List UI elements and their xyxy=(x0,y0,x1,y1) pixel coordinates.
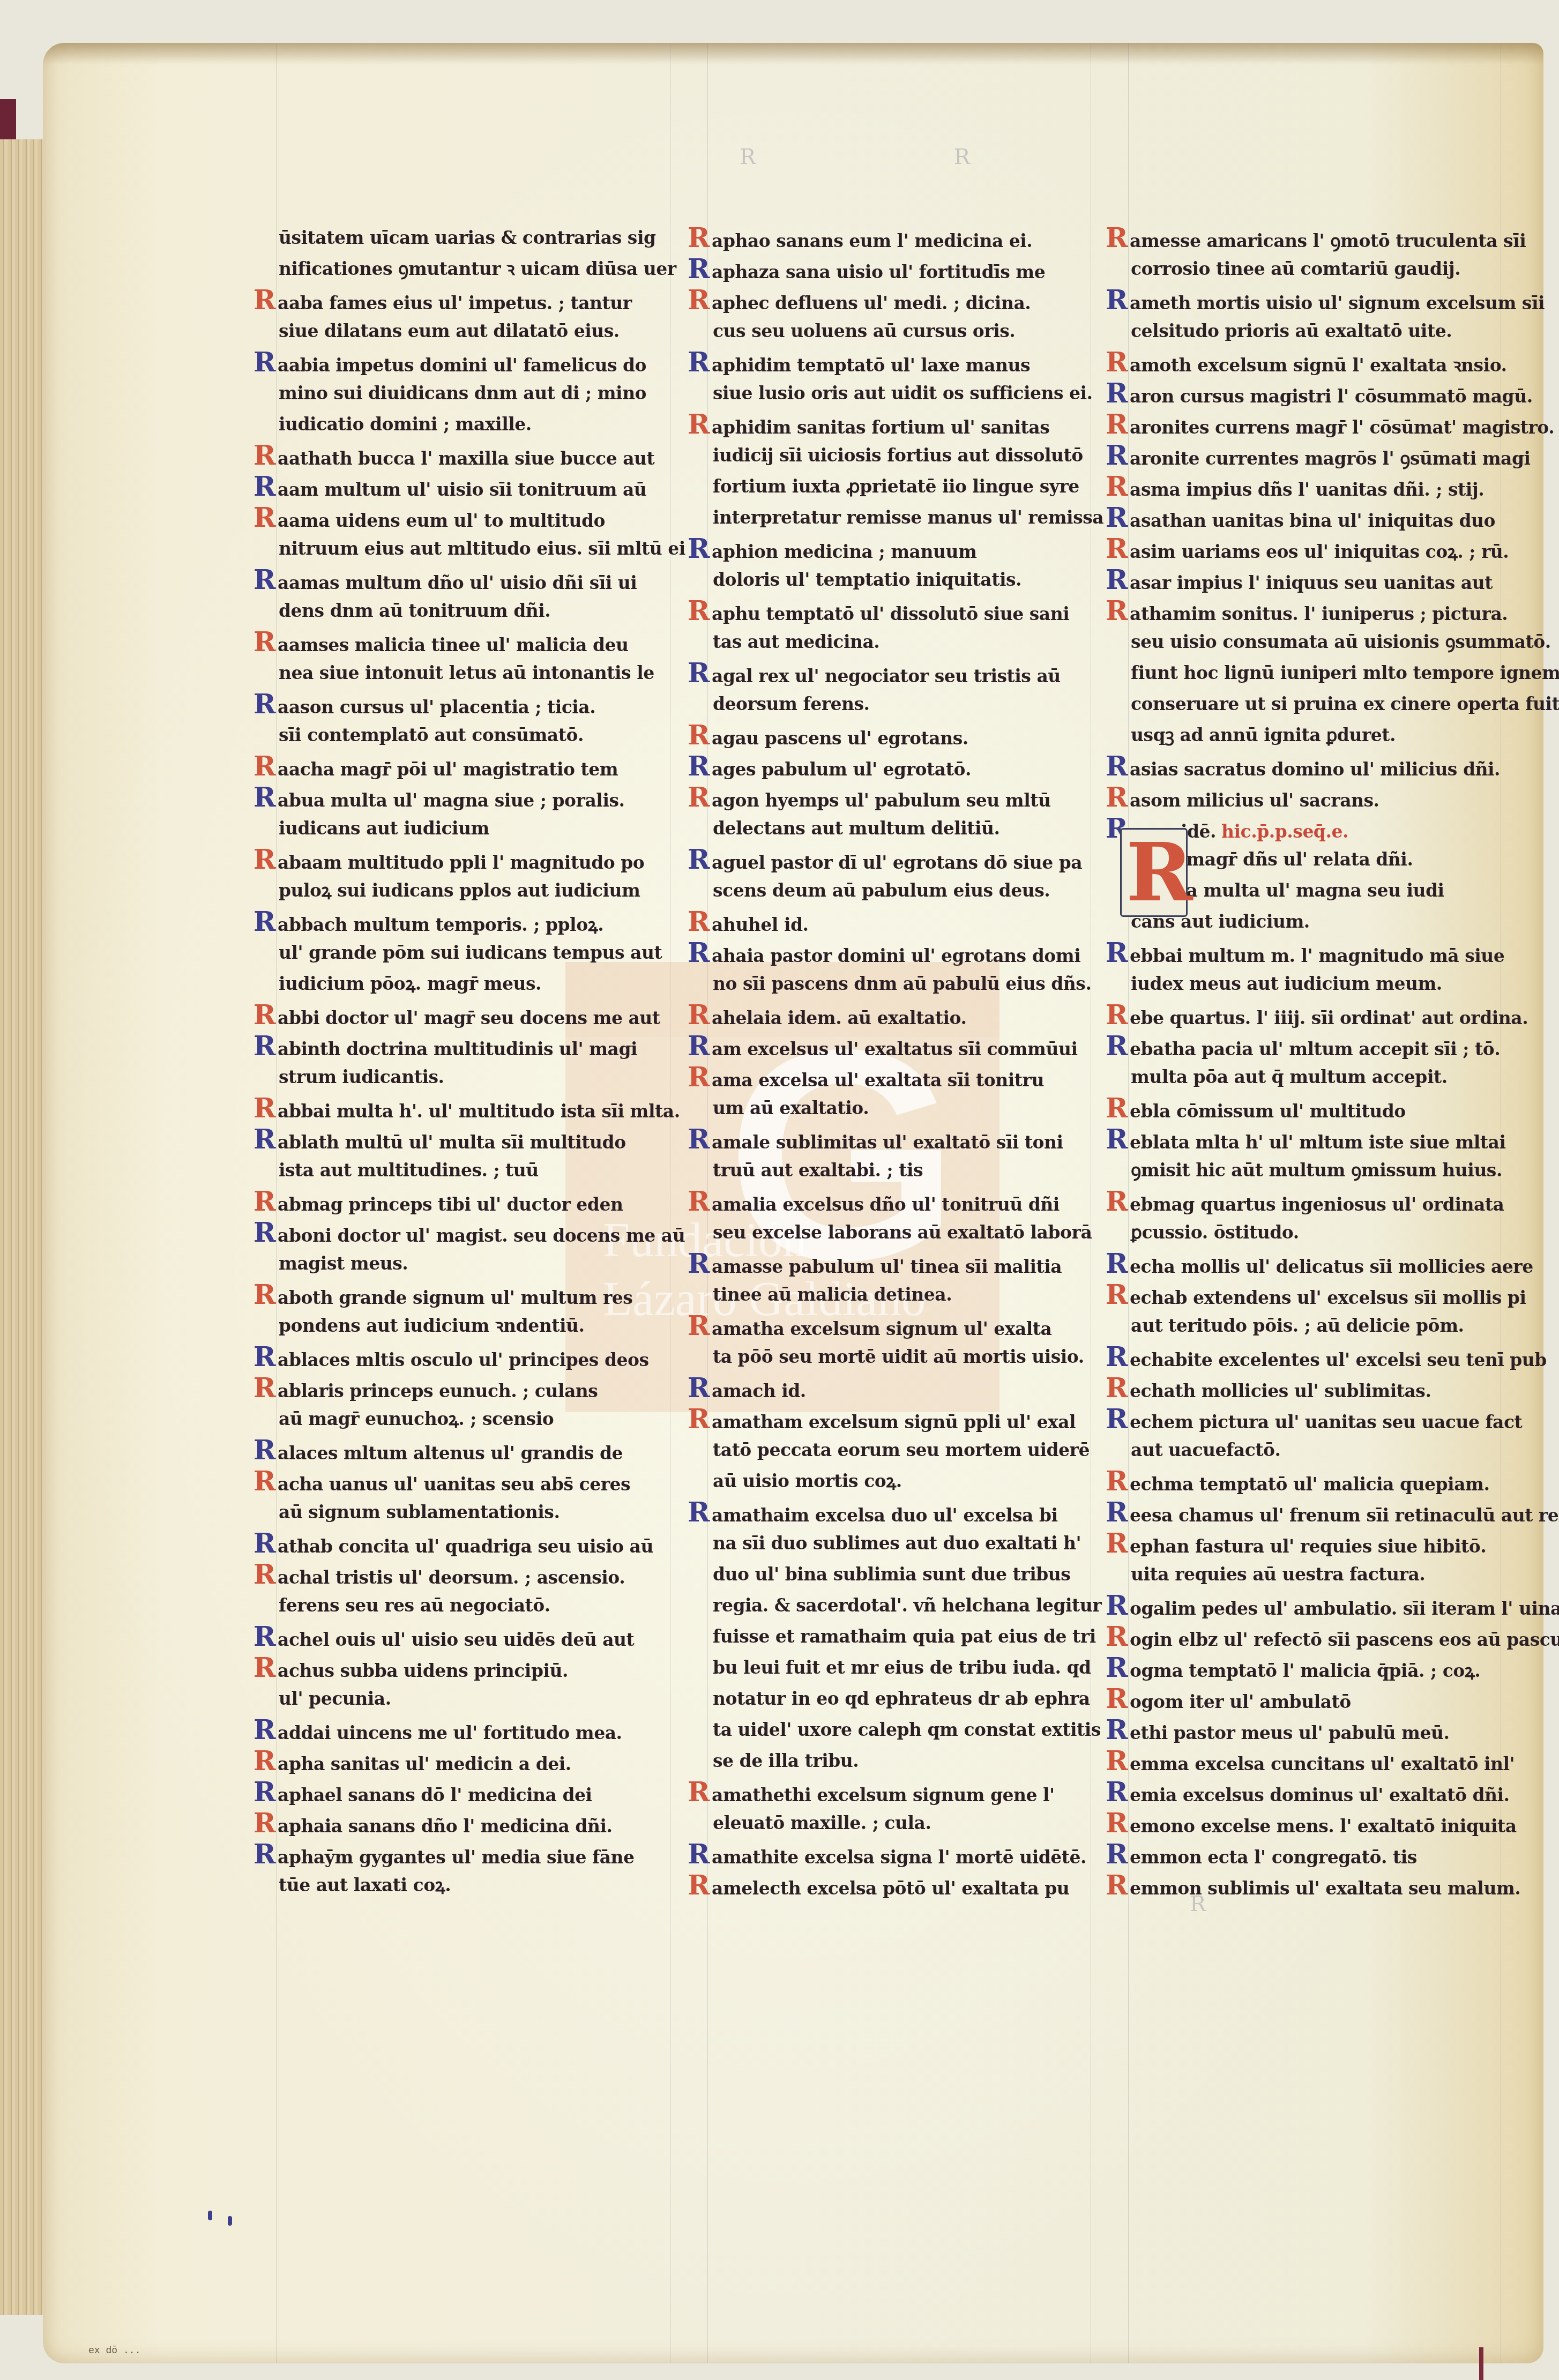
manuscript-line: Ramathite excelsa signa l' mortē uidētē. xyxy=(713,1839,1120,1870)
rubricated-initial: R xyxy=(1100,751,1128,782)
running-head-letter: R xyxy=(740,145,756,169)
manuscript-line: Remma excelsa cuncitans ul' exaltatō inl… xyxy=(1131,1745,1549,1777)
line-text: amatha excelsum signum ul' exalta xyxy=(712,1318,1051,1339)
rubricated-initial: R xyxy=(1100,1497,1128,1528)
manuscript-line: Rechem pictura ul' uanitas seu uacue fac… xyxy=(1131,1404,1549,1435)
manuscript-line: eleuatō maxille. ; cula. xyxy=(713,1808,1120,1839)
manuscript-line: nitruum eius aut mltitudo eius. sīi mltū… xyxy=(279,533,686,564)
manuscript-line: iudex meus aut iudicium meum. xyxy=(1131,968,1549,999)
manuscript-line: Rogma temptatō l' malicia q̄piā. ; coꝝ. xyxy=(1131,1652,1549,1683)
manuscript-line: Rahelaia idem. aū exaltatio. xyxy=(713,999,1120,1031)
line-text: ogalim pedes ul' ambulatio. sīi iteram l… xyxy=(1130,1598,1559,1619)
manuscript-line: doloris ul' temptatio iniquitatis. xyxy=(713,564,1120,595)
running-head-letter: R xyxy=(954,145,970,169)
line-text: agal rex ul' negociator seu tristis aū xyxy=(712,666,1061,687)
line-text: fortium iuxta ꝓprietatē iio lingue syre xyxy=(713,476,1079,497)
rubricated-initial: R xyxy=(1100,1031,1128,1062)
manuscript-line: Ramatham excelsum signū ppli ul' exal xyxy=(713,1404,1120,1435)
line-text: aphaȳm gygantes ul' media siue fāne xyxy=(278,1847,635,1868)
manuscript-line: nificationes ꝯmutantur ꝛ uicam diūsa uer xyxy=(279,253,686,285)
line-text: amelecth excelsa pōtō ul' exaltata pu xyxy=(712,1878,1069,1899)
manuscript-line: Rabbach multum temporis. ; pploꝝ. xyxy=(279,906,686,937)
manuscript-line: fortium iuxta ꝓprietatē iio lingue syre xyxy=(713,471,1120,502)
manuscript-line: scens deum aū pabulum eius deus. xyxy=(713,875,1120,906)
manuscript-line: magist meus. xyxy=(279,1248,686,1279)
manuscript-line: Raphao sanans eum l' medicina ei. xyxy=(713,222,1120,253)
line-text: ferens seu res aū negociatō. xyxy=(279,1595,550,1616)
line-text: aphec defluens ul' medi. ; dicina. xyxy=(712,293,1031,314)
bottom-edge-note: ex dō ... xyxy=(88,2345,141,2356)
line-text: ebatha pacia ul' mltum accepit sīi ; tō. xyxy=(1130,1039,1500,1060)
manuscript-line: iudicium pōoꝝ. magr̄ meus. xyxy=(279,968,686,999)
manuscript-line: aū magr̄ eunuchoꝝ. ; scensio xyxy=(279,1404,686,1435)
manuscript-line: siue dilatans eum aut dilatatō eius. xyxy=(279,316,686,347)
line-text: ablath multū ul' multa sīi multitudo xyxy=(278,1132,626,1153)
line-text: ahuhel id. xyxy=(712,914,808,935)
manuscript-line: Rechath mollicies ul' sublimitas. xyxy=(1131,1372,1549,1404)
line-text: siue lusio oris aut uidit os sufficiens … xyxy=(713,383,1093,404)
line-text: aphu temptatō ul' dissolutō siue sani xyxy=(712,603,1069,624)
rubricated-initial: R xyxy=(1100,471,1128,502)
line-text: aronites currens magr̄ l' cōsūmat' magis… xyxy=(1130,417,1554,438)
line-text: conseruare ut si pruina ex cinere operta… xyxy=(1131,693,1559,714)
rubricated-initial: R xyxy=(1100,1279,1128,1310)
manuscript-line: Ramelecth excelsa pōtō ul' exaltata pu xyxy=(713,1870,1120,1901)
manuscript-line: strum iudicantis. xyxy=(279,1062,686,1093)
manuscript-line: tatō peccata eorum seu mortem uiderē xyxy=(713,1435,1120,1466)
line-text: multa pōa aut q̄ multum accepit. xyxy=(1131,1066,1448,1087)
manuscript-line: Remono excelse mens. l' exaltatō iniquit… xyxy=(1131,1808,1549,1839)
manuscript-line: iudicatio domini ; maxille. xyxy=(279,409,686,440)
ruling-line xyxy=(1128,43,1129,2363)
rubric-note: hic.p̄.p.seq̄.e. xyxy=(1221,821,1348,842)
rubricated-initial: R xyxy=(1100,595,1128,626)
rubricated-initial: R xyxy=(682,1870,710,1901)
rubricated-initial: R xyxy=(1100,1248,1128,1279)
manuscript-line: Raphion medicina ; manuum xyxy=(713,533,1120,564)
line-text: iudicatio domini ; maxille. xyxy=(279,414,532,435)
rubricated-initial: R xyxy=(248,1186,275,1217)
line-text: se de illa tribu. xyxy=(713,1750,859,1771)
manuscript-line: Rason idē.hic.p̄.p.seq̄.e. xyxy=(1131,813,1549,844)
manuscript-line: ista aut multitudines. ; tuū xyxy=(279,1155,686,1186)
manuscript-line: Rogalim pedes ul' ambulatio. sīi iteram … xyxy=(1131,1590,1549,1621)
manuscript-line: ꝑcussio. ōstitudo. xyxy=(1131,1217,1549,1248)
rubricated-initial: R xyxy=(1100,1124,1128,1155)
rubricated-initial: R xyxy=(248,626,275,658)
line-text: aronite currentes magrōs l' ꝯsūmati magi xyxy=(1130,448,1531,469)
manuscript-line: Rama excelsa ul' exaltata sīi tonitru xyxy=(713,1062,1120,1093)
rubricated-initial: R xyxy=(248,347,275,378)
line-text: aū uisio mortis coꝝ. xyxy=(713,1471,902,1491)
manuscript-line: Ramatha excelsum signum ul' exalta xyxy=(713,1310,1120,1341)
rubricated-initial: R xyxy=(682,285,710,316)
line-text: interpretatur remisse manus ul' remissa xyxy=(713,507,1103,528)
rubricated-initial: R xyxy=(682,1248,710,1279)
line-text: echab extendens ul' excelsus sīi mollis … xyxy=(1130,1287,1526,1308)
rubricated-initial: R xyxy=(248,1435,275,1466)
rubricated-initial: R xyxy=(682,1031,710,1062)
manuscript-line: Reesa chamus ul' frenum sīi retinaculū a… xyxy=(1131,1497,1549,1528)
manuscript-line: cans aut iudicium. xyxy=(1131,906,1549,937)
line-text: echabite excelentes ul' excelsi seu tenī… xyxy=(1130,1349,1547,1370)
manuscript-line: Raronite currentes magrōs l' ꝯsūmati mag… xyxy=(1131,440,1549,471)
line-text: amatham excelsum signū ppli ul' exal xyxy=(712,1412,1076,1433)
line-text: acha uanus ul' uanitas seu abs̄ ceres xyxy=(278,1474,630,1495)
manuscript-line: Raddai uincens me ul' fortitudo mea. xyxy=(279,1714,686,1745)
line-text: cus seu uoluens aū cursus oris. xyxy=(713,320,1015,341)
rubricated-initial: R xyxy=(248,999,275,1031)
manuscript-line: Raphu temptatō ul' dissolutō siue sani xyxy=(713,595,1120,626)
line-text: addai uincens me ul' fortitudo mea. xyxy=(278,1722,622,1743)
manuscript-line: Rasma impius dñs l' uanitas dñi. ; stij. xyxy=(1131,471,1549,502)
rubricated-initial: R xyxy=(248,440,275,471)
manuscript-line: Raason cursus ul' placentia ; ticia. xyxy=(279,689,686,720)
line-text: aam multum ul' uisio sīi tonitruum aū xyxy=(278,479,646,500)
manuscript-line: aū uisio mortis coꝝ. xyxy=(713,1466,1120,1497)
manuscript-line: um aū exaltatio. xyxy=(713,1093,1120,1124)
manuscript-line: Remia excelsus dominus ul' exaltatō dñi. xyxy=(1131,1777,1549,1808)
decorated-initial-letter: R xyxy=(1126,825,1193,920)
rubricated-initial: R xyxy=(1100,1683,1128,1714)
line-text: echem pictura ul' uanitas seu uacue fact xyxy=(1130,1412,1522,1433)
rubricated-initial: R xyxy=(682,409,710,440)
manuscript-line: Raboni doctor ul' magist. seu docens me … xyxy=(279,1217,686,1248)
line-text: amathite excelsa signa l' mortē uidētē. xyxy=(712,1847,1086,1868)
line-text: regia. & sacerdotal'. vñ helchana legitu… xyxy=(713,1595,1101,1616)
manuscript-line: se de illa tribu. xyxy=(713,1745,1120,1777)
line-text: aason cursus ul' placentia ; ticia. xyxy=(278,697,595,718)
line-text: amach id. xyxy=(712,1381,806,1401)
line-text: bu leui fuit et mr eius de tribu iuda. q… xyxy=(713,1657,1091,1678)
line-text: nea siue intonuit letus aū intonantis le xyxy=(279,662,654,683)
manuscript-line: multa pōa aut q̄ multum accepit. xyxy=(1131,1062,1549,1093)
line-text: echma temptatō ul' malicia quepiam. xyxy=(1130,1474,1489,1495)
rubricated-initial: R xyxy=(248,502,275,533)
line-text: iudex meus aut iudicium meum. xyxy=(1131,973,1442,994)
line-text: asom milicius ul' sacrans. xyxy=(1130,790,1379,811)
line-text: truū aut exaltabi. ; tis xyxy=(713,1160,923,1181)
rubricated-initial: R xyxy=(682,253,710,285)
rubricated-initial: R xyxy=(248,1341,275,1372)
rubricated-initial: R xyxy=(682,347,710,378)
line-text: seu excelse laborans aū exaltatō laborā xyxy=(713,1222,1092,1243)
rubricated-initial: R xyxy=(248,1031,275,1062)
manuscript-line: Rahaia pastor domini ul' egrotans domi xyxy=(713,937,1120,968)
line-text: ebbai multum m. l' magnitudo mā siue xyxy=(1130,945,1504,966)
line-text: magist meus. xyxy=(279,1253,408,1274)
line-text: echath mollicies ul' sublimitas. xyxy=(1130,1381,1431,1401)
manuscript-line: Rathab concita ul' quadriga seu uisio aū xyxy=(279,1528,686,1559)
manuscript-line: iudicans aut iudicium xyxy=(279,813,686,844)
line-text: amesse amaricans l' ꝯmotō truculenta sīi xyxy=(1130,230,1526,251)
rubricated-initial: R xyxy=(1100,999,1128,1031)
text-column-left: ūsitatem uīcam uarias & contrarias signi… xyxy=(279,222,686,1901)
manuscript-line: Raphidim sanitas fortium ul' sanitas xyxy=(713,409,1120,440)
line-text: aaba fames eius ul' impetus. ; tantur xyxy=(278,293,632,314)
line-text: aathath bucca l' maxilla siue bucce aut xyxy=(278,448,654,469)
rubricated-initial: R xyxy=(682,1310,710,1341)
line-text: echa mollis ul' delicatus sīi mollicies … xyxy=(1130,1256,1533,1277)
line-text: ꝯmisit hic aūt multum ꝯmissum huius. xyxy=(1131,1160,1502,1181)
manuscript-line: delectans aut multum delitiū. xyxy=(713,813,1120,844)
line-text: agau pascens ul' egrotans. xyxy=(712,728,968,749)
manuscript-line: nea siue intonuit letus aū intonantis le xyxy=(279,658,686,689)
line-text: amathaim excelsa duo ul' excelsa bi xyxy=(712,1505,1058,1526)
line-text: aphaia sanans dño l' medicina dñi. xyxy=(278,1816,612,1837)
line-text: aguel pastor dī ul' egrotans dō siue pa xyxy=(712,852,1082,873)
manuscript-line: ferens seu res aū negociatō. xyxy=(279,1590,686,1621)
manuscript-line: Raabia impetus domini ul' famelicus do xyxy=(279,347,686,378)
line-text: ul' grande pōm sui iudicans tempus aut xyxy=(279,942,662,963)
line-text: ethi pastor meus ul' pabulū meū. xyxy=(1130,1722,1449,1743)
line-text: um aū exaltatio. xyxy=(713,1098,869,1118)
rubricated-initial: R xyxy=(248,689,275,720)
manuscript-line: na sīi duo sublimes aut duo exaltati h' xyxy=(713,1528,1120,1559)
line-text: emmon sublimis ul' exaltata seu malum. xyxy=(1130,1878,1520,1899)
line-text: amathethi excelsum signum gene l' xyxy=(712,1785,1055,1805)
line-text: emma excelsa cuncitans ul' exaltatō inl' xyxy=(1130,1754,1515,1774)
line-text: ogma temptatō l' malicia q̄piā. ; coꝝ. xyxy=(1130,1660,1480,1681)
line-text: aphidim sanitas fortium ul' sanitas xyxy=(712,417,1049,438)
manuscript-line: Rachal tristis ul' deorsum. ; ascensio. xyxy=(279,1559,686,1590)
manuscript-line: Rebmag quartus ingeniosus ul' ordinata xyxy=(1131,1186,1549,1217)
rubricated-initial: R xyxy=(248,1839,275,1870)
rubricated-initial: R xyxy=(248,1621,275,1652)
line-text: ebla cōmissum ul' multitudo xyxy=(1130,1101,1406,1122)
line-text: iudicium pōoꝝ. magr̄ meus. xyxy=(279,973,541,994)
manuscript-line: Rasar impius l' iniquus seu uanitas aut xyxy=(1131,564,1549,595)
line-text: tinee aū malicia detinea. xyxy=(713,1284,952,1305)
rubricated-initial: R xyxy=(248,906,275,937)
line-text: ta pōō seu mortē uidit aū mortis uisio. xyxy=(713,1346,1084,1367)
manuscript-line: aū signum sublamentationis. xyxy=(279,1497,686,1528)
manuscript-line: ta pōō seu mortē uidit aū mortis uisio. xyxy=(713,1341,1120,1372)
line-text: doloris ul' temptatio iniquitatis. xyxy=(713,569,1021,590)
line-text: aamses malicia tinee ul' malicia deu xyxy=(278,635,629,655)
line-text: aamas multum dño ul' uisio dñi sīi ui xyxy=(278,572,637,593)
manuscript-line: Raaba fames eius ul' impetus. ; tantur xyxy=(279,285,686,316)
text-column-right: Ramesse amaricans l' ꝯmotō truculenta sī… xyxy=(1131,222,1549,1901)
manuscript-line: duo ul' bina sublimia sunt due tribus xyxy=(713,1559,1120,1590)
line-text: aphao sanans eum l' medicina ei. xyxy=(712,230,1032,251)
rubricated-initial: R xyxy=(248,1279,275,1310)
manuscript-line: pondens aut iudicium ꝛndentiū. xyxy=(279,1310,686,1341)
manuscript-line: Racha uanus ul' uanitas seu abs̄ ceres xyxy=(279,1466,686,1497)
rubricated-initial: R xyxy=(1100,1093,1128,1124)
rubricated-initial: R xyxy=(1100,1621,1128,1652)
manuscript-line: Ramathaim excelsa duo ul' excelsa bi xyxy=(713,1497,1120,1528)
line-text: deorsum ferens. xyxy=(713,693,870,714)
rubricated-initial: R xyxy=(1100,1839,1128,1870)
rubricated-initial: R xyxy=(248,564,275,595)
rubricated-initial: R xyxy=(248,751,275,782)
manuscript-line: Raronites currens magr̄ l' cōsūmat' magi… xyxy=(1131,409,1549,440)
line-text: am excelsus ul' exaltatus sīi commūui xyxy=(712,1039,1077,1060)
manuscript-line: Ramale sublimitas ul' exaltatō sīi toni xyxy=(713,1124,1120,1155)
line-text: notatur in eo qd ephrateus dr ab ephra xyxy=(713,1688,1090,1709)
line-text: alaces mltum altenus ul' grandis de xyxy=(278,1443,623,1464)
manuscript-line: Rabinth doctrina multitudinis ul' magi xyxy=(279,1031,686,1062)
manuscript-line: Rabua multa ul' magna siue ; poralis. xyxy=(279,782,686,813)
manuscript-line: Rasom milicius ul' sacrans. xyxy=(1131,782,1549,813)
line-text: fiunt hoc lignū iuniperi mlto tempore ig… xyxy=(1131,662,1559,683)
rubricated-initial: R xyxy=(248,285,275,316)
manuscript-line: seu excelse laborans aū exaltatō laborā xyxy=(713,1217,1120,1248)
rubricated-initial: R xyxy=(682,1124,710,1155)
rubricated-initial: R xyxy=(1100,1466,1128,1497)
rubricated-initial: R xyxy=(682,222,710,253)
rubricated-initial: R xyxy=(248,1093,275,1124)
line-text: iudicij sīi uiciosis fortius aut dissolu… xyxy=(713,445,1083,466)
manuscript-line: Raam multum ul' uisio sīi tonitruum aū xyxy=(279,471,686,502)
manuscript-line: tinee aū malicia detinea. xyxy=(713,1279,1120,1310)
manuscript-line: Raacha magr̄ pōi ul' magistratio tem xyxy=(279,751,686,782)
manuscript-line: Rameth mortis uisio ul' signum excelsum … xyxy=(1131,285,1549,316)
manuscript-line: sīi contemplatō aut consūmatō. xyxy=(279,720,686,751)
rubricated-initial: R xyxy=(1100,222,1128,253)
line-text: emia excelsus dominus ul' exaltatō dñi. xyxy=(1130,1785,1510,1805)
rubricated-initial: R xyxy=(1100,1870,1128,1901)
decorated-initial-r: R xyxy=(1120,828,1188,917)
manuscript-line: Ramach id. xyxy=(713,1372,1120,1404)
manuscript-line: Rahuhel id. xyxy=(713,906,1120,937)
rubricated-initial: R xyxy=(248,1559,275,1590)
rubricated-initial: R xyxy=(1100,1652,1128,1683)
line-text: corrosio tinee aū comtariū gaudij. xyxy=(1131,258,1460,279)
line-text: achus subba uidens principiū. xyxy=(278,1660,568,1681)
line-text: asim uariams eos ul' iniquitas coꝝ. ; rū… xyxy=(1130,541,1509,562)
manuscript-line: ta uidel' uxore caleph qm constat extiti… xyxy=(713,1714,1120,1745)
line-text: tatō peccata eorum seu mortem uiderē xyxy=(713,1439,1090,1460)
line-text: asias sacratus domino ul' milicius dñi. xyxy=(1130,759,1500,780)
manuscript-line: Remmon sublimis ul' exaltata seu malum. xyxy=(1131,1870,1549,1901)
line-text: ablaris princeps eunuch. ; culans xyxy=(278,1381,598,1401)
line-text: ahelaia idem. aū exaltatio. xyxy=(712,1008,966,1028)
manuscript-line: Rabaam multitudo ppli l' magnitudo po xyxy=(279,844,686,875)
line-text: ista aut multitudines. ; tuū xyxy=(279,1160,539,1181)
line-text: aū magr̄ eunuchoꝝ. ; scensio xyxy=(279,1408,554,1429)
manuscript-line: Ramoth excelsum signū l' exaltata ꝛnsio. xyxy=(1131,347,1549,378)
manuscript-line: Recha mollis ul' delicatus sīi mollicies… xyxy=(1131,1248,1549,1279)
line-text: dens dnm aū tonitruum dñi. xyxy=(279,600,550,621)
rubricated-initial: R xyxy=(248,1777,275,1808)
rubricated-initial: R xyxy=(682,751,710,782)
line-text: ta uidel' uxore caleph qm constat extiti… xyxy=(713,1719,1101,1740)
line-text: abaam multitudo ppli l' magnitudo po xyxy=(278,852,644,873)
manuscript-line: mino sui diuidicans dnm aut di ; mino xyxy=(279,378,686,409)
rubricated-initial: R xyxy=(682,937,710,968)
line-text: ameth mortis uisio ul' signum excelsum s… xyxy=(1130,293,1545,314)
manuscript-line: Rablaris princeps eunuch. ; culans xyxy=(279,1372,686,1404)
line-text: eleuatō maxille. ; cula. xyxy=(713,1812,931,1833)
rubricated-initial: R xyxy=(682,1062,710,1093)
manuscript-line: Rebla cōmissum ul' multitudo xyxy=(1131,1093,1549,1124)
manuscript-line: Raphaȳm gygantes ul' media siue fāne xyxy=(279,1839,686,1870)
rubricated-initial: R xyxy=(248,782,275,813)
manuscript-line: corrosio tinee aū comtariū gaudij. xyxy=(1131,253,1549,285)
manuscript-line: Ragal rex ul' negociator seu tristis aū xyxy=(713,658,1120,689)
manuscript-line: Raphaza sana uisio ul' fortitudīs me xyxy=(713,253,1120,285)
manuscript-line: Rechabite excelentes ul' excelsi seu ten… xyxy=(1131,1341,1549,1372)
manuscript-line: Rephan fastura ul' requies siue hibitō. xyxy=(1131,1528,1549,1559)
line-text: achal tristis ul' deorsum. ; ascensio. xyxy=(278,1567,625,1588)
manuscript-line: Raguel pastor dī ul' egrotans dō siue pa xyxy=(713,844,1120,875)
line-text: tūe aut laxati coꝝ. xyxy=(279,1875,451,1896)
manuscript-line: Rebe quartus. l' iiij. sīi ordinat' aut … xyxy=(1131,999,1549,1031)
line-text: apha sanitas ul' medicin a dei. xyxy=(278,1754,571,1774)
manuscript-line: Ragau pascens ul' egrotans. xyxy=(713,720,1120,751)
rubricated-initial: R xyxy=(682,658,710,689)
line-text: na sīi duo sublimes aut duo exaltati h' xyxy=(713,1533,1081,1554)
manuscript-line: Rebbai multum m. l' magnitudo mā siue xyxy=(1131,937,1549,968)
rubricated-initial: R xyxy=(682,533,710,564)
manuscript-line: Raphaia sanans dño l' medicina dñi. xyxy=(279,1808,686,1839)
manuscript-line: Raboth grande signum ul' multum res xyxy=(279,1279,686,1310)
manuscript-line: Rathamim sonitus. l' iuniperus ; pictura… xyxy=(1131,595,1549,626)
manuscript-line: Rachus subba uidens principiū. xyxy=(279,1652,686,1683)
manuscript-line: Rasim uariams eos ul' iniquitas coꝝ. ; r… xyxy=(1131,533,1549,564)
ink-mark xyxy=(228,2216,232,2226)
manuscript-line: tūe aut laxati coꝝ. xyxy=(279,1870,686,1901)
line-text: mino sui diuidicans dnm aut di ; mino xyxy=(279,383,646,404)
line-text: aphael sanans dō l' medicina dei xyxy=(278,1785,592,1805)
manuscript-line: Reblata mlta h' ul' mltum iste siue mlta… xyxy=(1131,1124,1549,1155)
manuscript-line: Ramasse pabulum ul' tinea sīi malitia xyxy=(713,1248,1120,1279)
rubricated-initial: R xyxy=(248,1652,275,1683)
manuscript-line: uita requies aū uestra factura. xyxy=(1131,1559,1549,1590)
line-text: fuisse et ramathaim quia pat eius de tri xyxy=(713,1626,1096,1647)
manuscript-line: fiunt hoc lignū iuniperi mlto tempore ig… xyxy=(1131,658,1549,689)
manuscript-line: eaias magr̄ dñs ul' relata dñi. xyxy=(1131,844,1549,875)
rubricated-initial: R xyxy=(248,1217,275,1248)
manuscript-line: ūsitatem uīcam uarias & contrarias sig xyxy=(279,222,686,253)
manuscript-line: Rogin elbz ul' refectō sīi pascens eos a… xyxy=(1131,1621,1549,1652)
rubricated-initial: R xyxy=(1100,409,1128,440)
rubricated-initial: R xyxy=(1100,1777,1128,1808)
manuscript-line: celsitudo prioris aū exaltatō uite. xyxy=(1131,316,1549,347)
line-text: ablaces mltis osculo ul' principes deos xyxy=(278,1349,649,1370)
manuscript-line: Ramathethi excelsum signum gene l' xyxy=(713,1777,1120,1808)
manuscript-line: Raron cursus magistri l' cōsummatō magū. xyxy=(1131,378,1549,409)
manuscript-line: Raphidim temptatō ul' laxe manus xyxy=(713,347,1120,378)
rubricated-initial: R xyxy=(1100,1745,1128,1777)
line-text: ebmag quartus ingeniosus ul' ordinata xyxy=(1130,1194,1504,1215)
ruling-line xyxy=(276,43,277,2363)
line-text: ogin elbz ul' refectō sīi pascens eos aū… xyxy=(1130,1629,1559,1650)
manuscript-line: Rabmag princeps tibi ul' ductor eden xyxy=(279,1186,686,1217)
manuscript-line: siue lusio oris aut uidit os sufficiens … xyxy=(713,378,1120,409)
rubricated-initial: R xyxy=(1100,937,1128,968)
line-text: eesa chamus ul' frenum sīi retinaculū au… xyxy=(1130,1505,1558,1526)
rubricated-initial: R xyxy=(682,999,710,1031)
rubricated-initial: R xyxy=(1100,1714,1128,1745)
manuscript-line: no sīi pascens dnm aū pabulū eius dñs. xyxy=(713,968,1120,999)
line-text: aū signum sublamentationis. xyxy=(279,1502,560,1523)
manuscript-line: ul' pecunia. xyxy=(279,1683,686,1714)
line-text: aut teritudo pōis. ; aū delicie pōm. xyxy=(1131,1315,1464,1336)
manuscript-line: Ramesse amaricans l' ꝯmotō truculenta sī… xyxy=(1131,222,1549,253)
line-text: aama uidens eum ul' to multitudo xyxy=(278,510,605,531)
line-text: abmag princeps tibi ul' ductor eden xyxy=(278,1194,623,1215)
rubricated-initial: R xyxy=(1100,285,1128,316)
line-text: ꝑcussio. ōstitudo. xyxy=(1131,1222,1299,1243)
manuscript-line: fuisse et ramathaim quia pat eius de tri xyxy=(713,1621,1120,1652)
line-text: pondens aut iudicium ꝛndentiū. xyxy=(279,1315,584,1336)
text-column-middle: Raphao sanans eum l' medicina ei.Raphaza… xyxy=(713,222,1120,1901)
rubricated-initial: R xyxy=(1100,1808,1128,1839)
line-text: abua multa ul' magna siue ; poralis. xyxy=(278,790,625,811)
